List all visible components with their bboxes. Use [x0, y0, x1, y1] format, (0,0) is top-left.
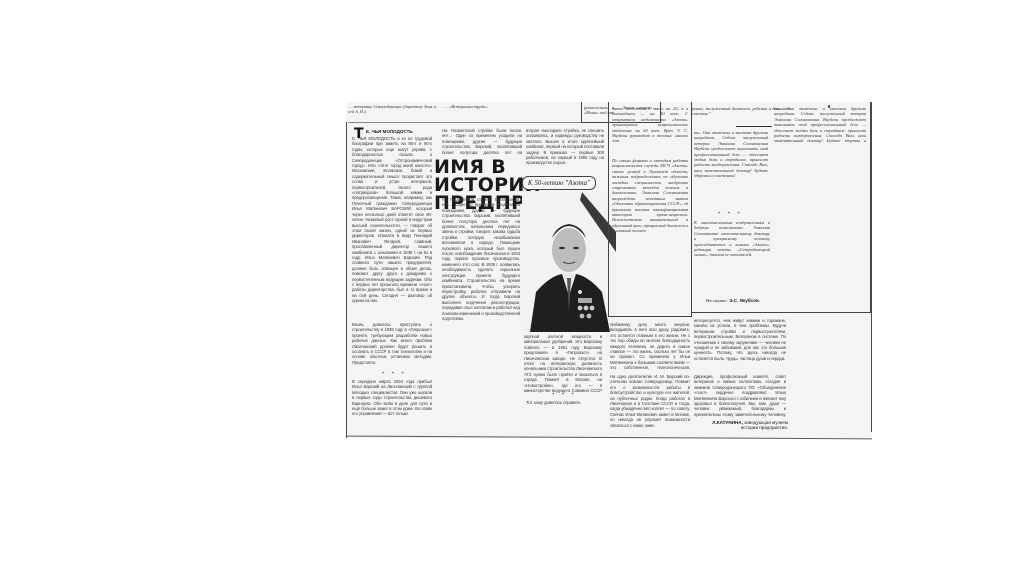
column-2-text: На Гисаметской стройке были плохи, нет… … [442, 197, 520, 437]
column-4-lower-text: любимому делу много энергии, вкладывать … [610, 322, 690, 372]
top-strip-left: … ветераны Северодонецка (директор Зеня … [348, 104, 436, 120]
photo-credit-name: Э.С. Якубсон. [729, 298, 760, 303]
right-border [871, 102, 872, 432]
column-1-lower-text: В середине марта 1934 года прибыл Илья Б… [352, 379, 432, 435]
top-strip-rule [348, 122, 584, 123]
column-4-bottom-text: На одно десятилетие И. М. Барский по-оте… [610, 374, 690, 436]
separator-stars-2: * * * [552, 393, 577, 398]
column-2-top-text: На Гисаметской стройке были плохи, нет… … [442, 128, 522, 156]
photo-credit-label: На снимке: [706, 298, 728, 303]
lead-words: Е, ЧЬЯ МОЛОДОСТЬ [366, 129, 413, 134]
left-border [346, 122, 347, 438]
anniversary-rubric: К 50-летию "Азота" [522, 176, 596, 190]
column-1-text: Е, ЧЬЯ МОЛОДОСТЬ и ко по трудовой биогра… [352, 136, 432, 322]
separator-stars-3: * * * [718, 212, 743, 217]
column-5-top-text: ка». Она отмечена и многими другими нагр… [694, 130, 768, 210]
column-5-right-top-text: ка». Она отмечена и многими другими нагр… [774, 106, 866, 144]
column-3-bottom-text: Тот, кому довелось справить [526, 400, 604, 410]
separator-stars-1: * * * [382, 372, 407, 377]
signature-name: Л.КАТУНИНА, [712, 420, 743, 425]
photo-credit: На снимке: Э.С. Якубсон. [706, 298, 760, 303]
column-5-bottom-text: Дирекция, профсоюзный комитет, совет вет… [694, 374, 786, 418]
column-3-top-text: вторая «молодая» стройка, не спешить осв… [526, 128, 604, 172]
portrait-man-icon [522, 192, 616, 332]
signature-title: заведующая музеем истории предприятия. [741, 420, 788, 430]
column-4-top-text: много отделения в чиело на 20, а в дальн… [612, 106, 688, 156]
bottom-border [346, 436, 872, 440]
column-5-mid-text: К многочисленным поздравлениям и добрым … [694, 220, 770, 294]
column-5-lower-text: интересуется, чем живут химики и горожан… [694, 318, 786, 372]
scan-speck [828, 105, 830, 108]
column-1-mid-text: Вновь довелось приступать к строительств… [352, 322, 432, 370]
column-3-caption-text: крупной азотной мощности и минеральных у… [524, 334, 602, 394]
column-4-mid-text: По своим формам и методам работы невроло… [612, 158, 688, 314]
newspaper-clipping: … ветераны Северодонецка (директор Зеня … [346, 102, 872, 438]
portrait-photo [522, 192, 616, 332]
signature: Л.КАТУНИНА, заведующая музеем истории пр… [696, 420, 788, 430]
top-strip-middle: … «Ветеранам труда». [444, 104, 520, 120]
